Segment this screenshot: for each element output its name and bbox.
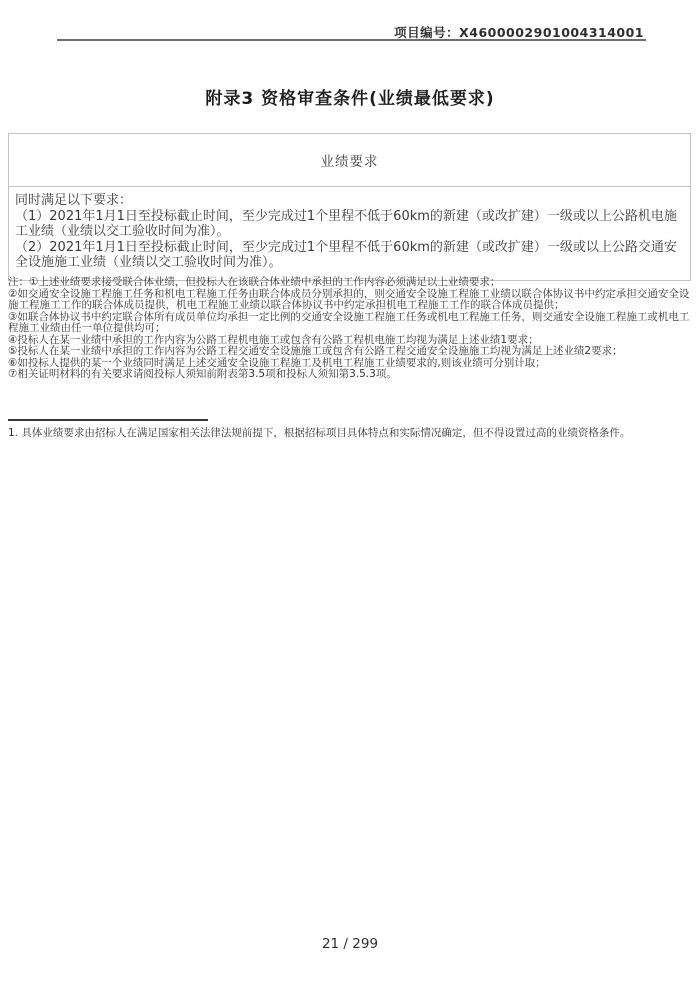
requirements-table: 业绩要求 同时满足以下要求： （1）2021年1月1日至投标截止时间，至少完成过… — [8, 133, 691, 281]
note-line-1: 注：①上述业绩要求接受联合体业绩，但投标人在该联合体业绩中承担的工作内容必须满足… — [8, 277, 691, 289]
table-header-cell: 业绩要求 — [9, 134, 691, 187]
header-rule — [57, 39, 646, 41]
table-body-row: 同时满足以下要求： （1）2021年1月1日至投标截止时间，至少完成过1个里程不… — [9, 187, 691, 281]
requirement-item-2: （2）2021年1月1日至投标截止时间，至少完成过1个里程不低于60km的新建（… — [15, 240, 682, 271]
note-line-3: ③如联合体协议书中约定联合体所有成员单位均承担一定比例的交通安全设施工程施工任务… — [8, 312, 691, 335]
footnote-text: 1. 具体业绩要求由招标人在满足国家相关法律法规前提下，根据招标项目具体特点和实… — [8, 427, 691, 440]
page-number: 21 / 299 — [0, 936, 700, 952]
page-title: 附录3 资格审查条件(业绩最低要求) — [0, 84, 700, 109]
table-header-row: 业绩要求 — [9, 134, 691, 187]
document-page: 项目编号：X4600002901004314001 附录3 资格审查条件(业绩最… — [0, 0, 700, 990]
requirement-intro: 同时满足以下要求： — [15, 193, 682, 209]
requirement-item-1: （1）2021年1月1日至投标截止时间，至少完成过1个里程不低于60km的新建（… — [15, 209, 682, 240]
note-line-5: ⑤投标人在某一业绩中承担的工作内容为公路工程交通安全设施施工或包含有公路工程交通… — [8, 346, 691, 358]
note-line-7: ⑦相关证明材料的有关要求请阅投标人须知前附表第3.5项和投标人须知第3.5.3项… — [8, 369, 691, 381]
table-body-cell: 同时满足以下要求： （1）2021年1月1日至投标截止时间，至少完成过1个里程不… — [9, 187, 691, 281]
notes-section: 注：①上述业绩要求接受联合体业绩，但投标人在该联合体业绩中承担的工作内容必须满足… — [8, 277, 691, 381]
note-line-2: ②如交通安全设施工程施工任务和机电工程施工任务由联合体成员分别承担的，则交通安全… — [8, 289, 691, 312]
footnote-rule — [8, 419, 208, 421]
